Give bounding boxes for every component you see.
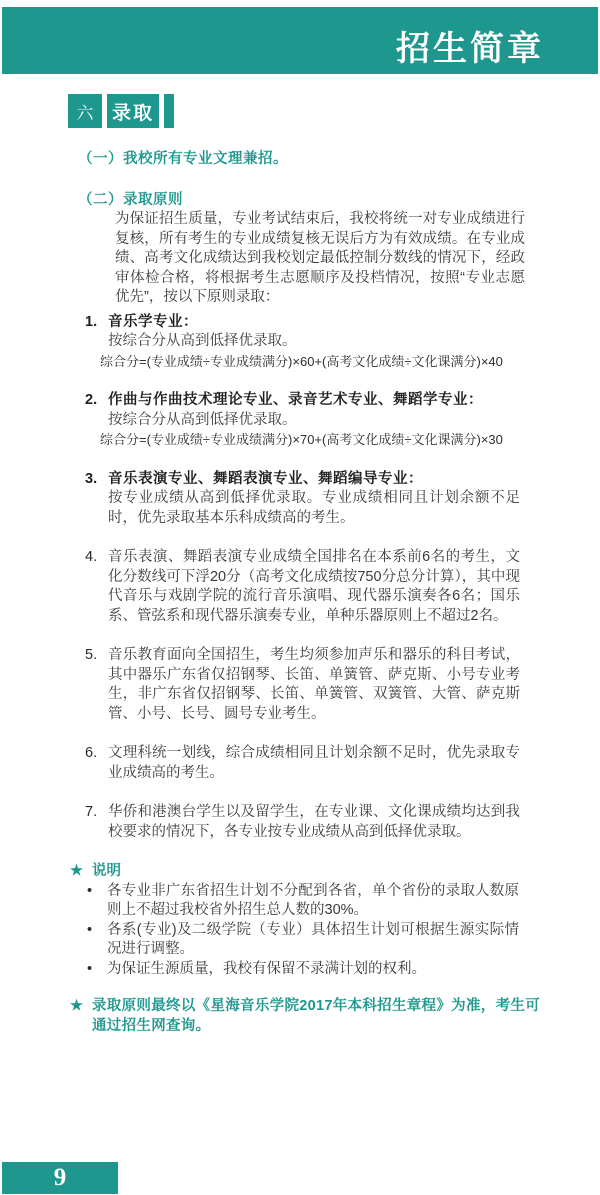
notes-section: ★ 说明 • 各专业非广东省招生计划不分配到各省，单个省份的录取人数原则上不超过… <box>70 862 540 979</box>
final-note: ★ 录取原则最终以《星海音乐学院2017年本科招生章程》为准，考生可通过招生网查… <box>70 997 540 1036</box>
footer-page-number-box: 9 <box>2 1162 118 1194</box>
rule-item-4: 4. 音乐表演、舞蹈表演专业成绩全国排名在本系前6名的考生，文化分数线可下浮20… <box>85 548 540 626</box>
rule-item-6: 6. 文理科统一划线，综合成绩相同且计划余额不足时，优先录取专业成绩高的考生。 <box>85 744 540 783</box>
notes-bullet-list: • 各专业非广东省招生计划不分配到各省，单个省份的录取人数原则上不超过我校省外招… <box>70 882 540 980</box>
rule-item-5: 5. 音乐教育面向全国招生，考生均须参加声乐和器乐的科目考试，其中器乐广东省仅招… <box>85 646 540 724</box>
intro-item-two-heading: （二）录取原则 <box>78 191 540 211</box>
header-bar: 招生简章 <box>2 7 598 74</box>
rule-content: 作曲与作曲技术理论专业、录音艺术专业、舞蹈学专业： 按综合分从高到低择优录取。 … <box>108 391 520 450</box>
rule-number: 7. <box>85 803 108 842</box>
page-number: 9 <box>54 1164 67 1192</box>
intro-item-two-body: 为保证招生质量，专业考试结束后，我校将统一对专业成绩进行复核，所有考生的专业成绩… <box>115 210 525 308</box>
rule-number: 3. <box>85 470 108 529</box>
rule-number: 5. <box>85 646 108 724</box>
section-title-badge: 录取 <box>107 94 159 128</box>
content-area: （一）我校所有专业文理兼招。 （二）录取原则 为保证招生质量，专业考试结束后，我… <box>78 143 540 1036</box>
rule-body: 按综合分从高到低择优录取。 <box>108 332 520 352</box>
rule-item-2: 2. 作曲与作曲技术理论专业、录音艺术专业、舞蹈学专业： 按综合分从高到低择优录… <box>85 391 540 450</box>
final-note-text: 录取原则最终以《星海音乐学院2017年本科招生章程》为准，考生可通过招生网查询。 <box>92 997 540 1036</box>
rule-body: 音乐表演、舞蹈表演专业成绩全国排名在本系前6名的考生，文化分数线可下浮20分（高… <box>108 548 520 626</box>
rule-title: 音乐学专业： <box>108 313 520 333</box>
notes-heading: ★ 说明 <box>70 862 540 882</box>
page-title: 招生简章 <box>396 21 544 70</box>
rule-content: 音乐学专业： 按综合分从高到低择优录取。 综合分=(专业成绩÷专业成绩满分)×6… <box>108 313 520 372</box>
rule-formula: 综合分=(专业成绩÷专业成绩满分)×70+(高考文化成绩÷文化课满分)×30 <box>100 430 520 450</box>
section-badge-accent-bar <box>164 94 174 128</box>
rule-formula: 综合分=(专业成绩÷专业成绩满分)×60+(高考文化成绩÷文化课满分)×40 <box>100 352 520 372</box>
section-number-badge: 六 <box>68 94 102 128</box>
rule-title: 作曲与作曲技术理论专业、录音艺术专业、舞蹈学专业： <box>108 391 520 411</box>
bullet-icon: • <box>87 882 107 921</box>
note-item-2: • 各系(专业)及二级学院（专业）具体招生计划可根据生源实际情况进行调整。 <box>87 921 540 960</box>
rule-item-7: 7. 华侨和港澳台学生以及留学生，在专业课、文化课成绩均达到我校要求的情况下，各… <box>85 803 540 842</box>
bullet-icon: • <box>87 960 107 980</box>
rule-title: 音乐表演专业、舞蹈表演专业、舞蹈编导专业： <box>108 470 520 490</box>
rule-body: 按专业成绩从高到低择优录取。专业成绩相同且计划余额不足时，优先录取基本乐科成绩高… <box>108 489 520 528</box>
note-text: 为保证生源质量，我校有保留不录满计划的权利。 <box>107 960 519 980</box>
note-item-3: • 为保证生源质量，我校有保留不录满计划的权利。 <box>87 960 540 980</box>
bullet-icon: • <box>87 921 107 960</box>
rules-list: 1. 音乐学专业： 按综合分从高到低择优录取。 综合分=(专业成绩÷专业成绩满分… <box>85 313 540 843</box>
note-item-1: • 各专业非广东省招生计划不分配到各省，单个省份的录取人数原则上不超过我校省外招… <box>87 882 540 921</box>
star-icon: ★ <box>70 997 92 1036</box>
note-text: 各专业非广东省招生计划不分配到各省，单个省份的录取人数原则上不超过我校省外招生总… <box>107 882 519 921</box>
notes-heading-label: 说明 <box>92 862 121 882</box>
rule-body: 音乐教育面向全国招生，考生均须参加声乐和器乐的科目考试，其中器乐广东省仅招钢琴、… <box>108 646 520 724</box>
brochure-page: 招生简章 六 录取 （一）我校所有专业文理兼招。 （二）录取原则 为保证招生质量… <box>0 0 600 1195</box>
intro-item-one: （一）我校所有专业文理兼招。 <box>78 150 540 170</box>
rule-content: 音乐表演专业、舞蹈表演专业、舞蹈编导专业： 按专业成绩从高到低择优录取。专业成绩… <box>108 470 520 529</box>
section-badge: 六 录取 <box>68 94 174 128</box>
rule-body: 按综合分从高到低择优录取。 <box>108 411 520 431</box>
star-icon: ★ <box>70 862 92 882</box>
rule-item-1: 1. 音乐学专业： 按综合分从高到低择优录取。 综合分=(专业成绩÷专业成绩满分… <box>85 313 540 372</box>
note-text: 各系(专业)及二级学院（专业）具体招生计划可根据生源实际情况进行调整。 <box>107 921 519 960</box>
rule-body: 华侨和港澳台学生以及留学生，在专业课、文化课成绩均达到我校要求的情况下，各专业按… <box>108 803 520 842</box>
rule-number: 6. <box>85 744 108 783</box>
rule-body: 文理科统一划线，综合成绩相同且计划余额不足时，优先录取专业成绩高的考生。 <box>108 744 520 783</box>
rule-number: 4. <box>85 548 108 626</box>
rule-item-3: 3. 音乐表演专业、舞蹈表演专业、舞蹈编导专业： 按专业成绩从高到低择优录取。专… <box>85 470 540 529</box>
